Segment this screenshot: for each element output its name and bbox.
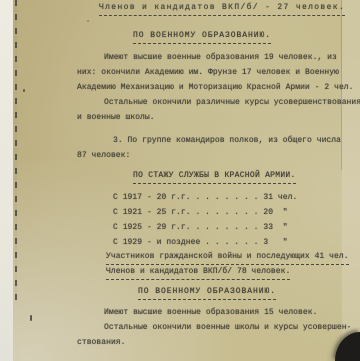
service-record-row: С 1929 - и позднее . . . . . . 3 " (113, 238, 288, 248)
education-paragraph-line: Остальные окончили различные курсы усове… (104, 98, 360, 108)
ink-speck (30, 315, 32, 321)
education-paragraph-line: Академию Механизацию и Моторизацию Красн… (77, 83, 354, 93)
education-paragraph-line: Имеют высшие военные образования 19 чело… (104, 53, 337, 63)
commanders-intro-line: 87 человек: (77, 151, 130, 161)
party-membership-line-2: Членов и кандидатов ВКП/б/ 78 человек. (106, 267, 290, 280)
education-paragraph-line: и военные школы. (77, 113, 155, 123)
right-edge-highlight (342, 0, 360, 361)
education-paragraph-line: них: окончили Академию им. Фрунзе 17 чел… (77, 68, 339, 78)
commanders-intro-line: 3. По группе командиров полков, из общег… (113, 136, 341, 146)
page-fold-dashed-line (15, 0, 17, 302)
education-paragraph-line: ствования. (77, 338, 126, 348)
ink-speck (23, 89, 25, 92)
education-paragraph-line: Имеют высшие военные образования 15 чело… (104, 308, 317, 318)
scanned-document-page: Членов и кандидатов ВКП/б/ - 27 человек.… (0, 0, 360, 361)
military-education-heading-2: ПО ВОЕННОМУ ОБРАЗОВАНИЮ. (138, 287, 276, 300)
civil-war-participants-line: Участников гражданской войны и последующ… (106, 252, 349, 265)
service-record-row: С 1917 - 20 г.г. . . . . . . . 31 чел. (113, 193, 297, 203)
ink-speck (87, 20, 89, 22)
service-record-heading: ПО СТАЖУ СЛУЖБЫ В КРАСНОЙ АРМИИ. (133, 171, 296, 184)
service-record-row: С 1925 - 29 г.г. . . . . . . . 33 " (113, 223, 288, 233)
party-membership-line: Членов и кандидатов ВКП/б/ - 27 человек. (99, 3, 345, 16)
education-paragraph-line: Остальные окончили военные школы и курсы… (104, 323, 351, 333)
service-record-row: С 1921 - 25 г.г. . . . . . . . 20 " (113, 208, 288, 218)
military-education-heading-1: ПО ВОЕННОМУ ОБРАЗОВАНИЮ. (133, 31, 271, 44)
scanner-margin (0, 0, 13, 361)
